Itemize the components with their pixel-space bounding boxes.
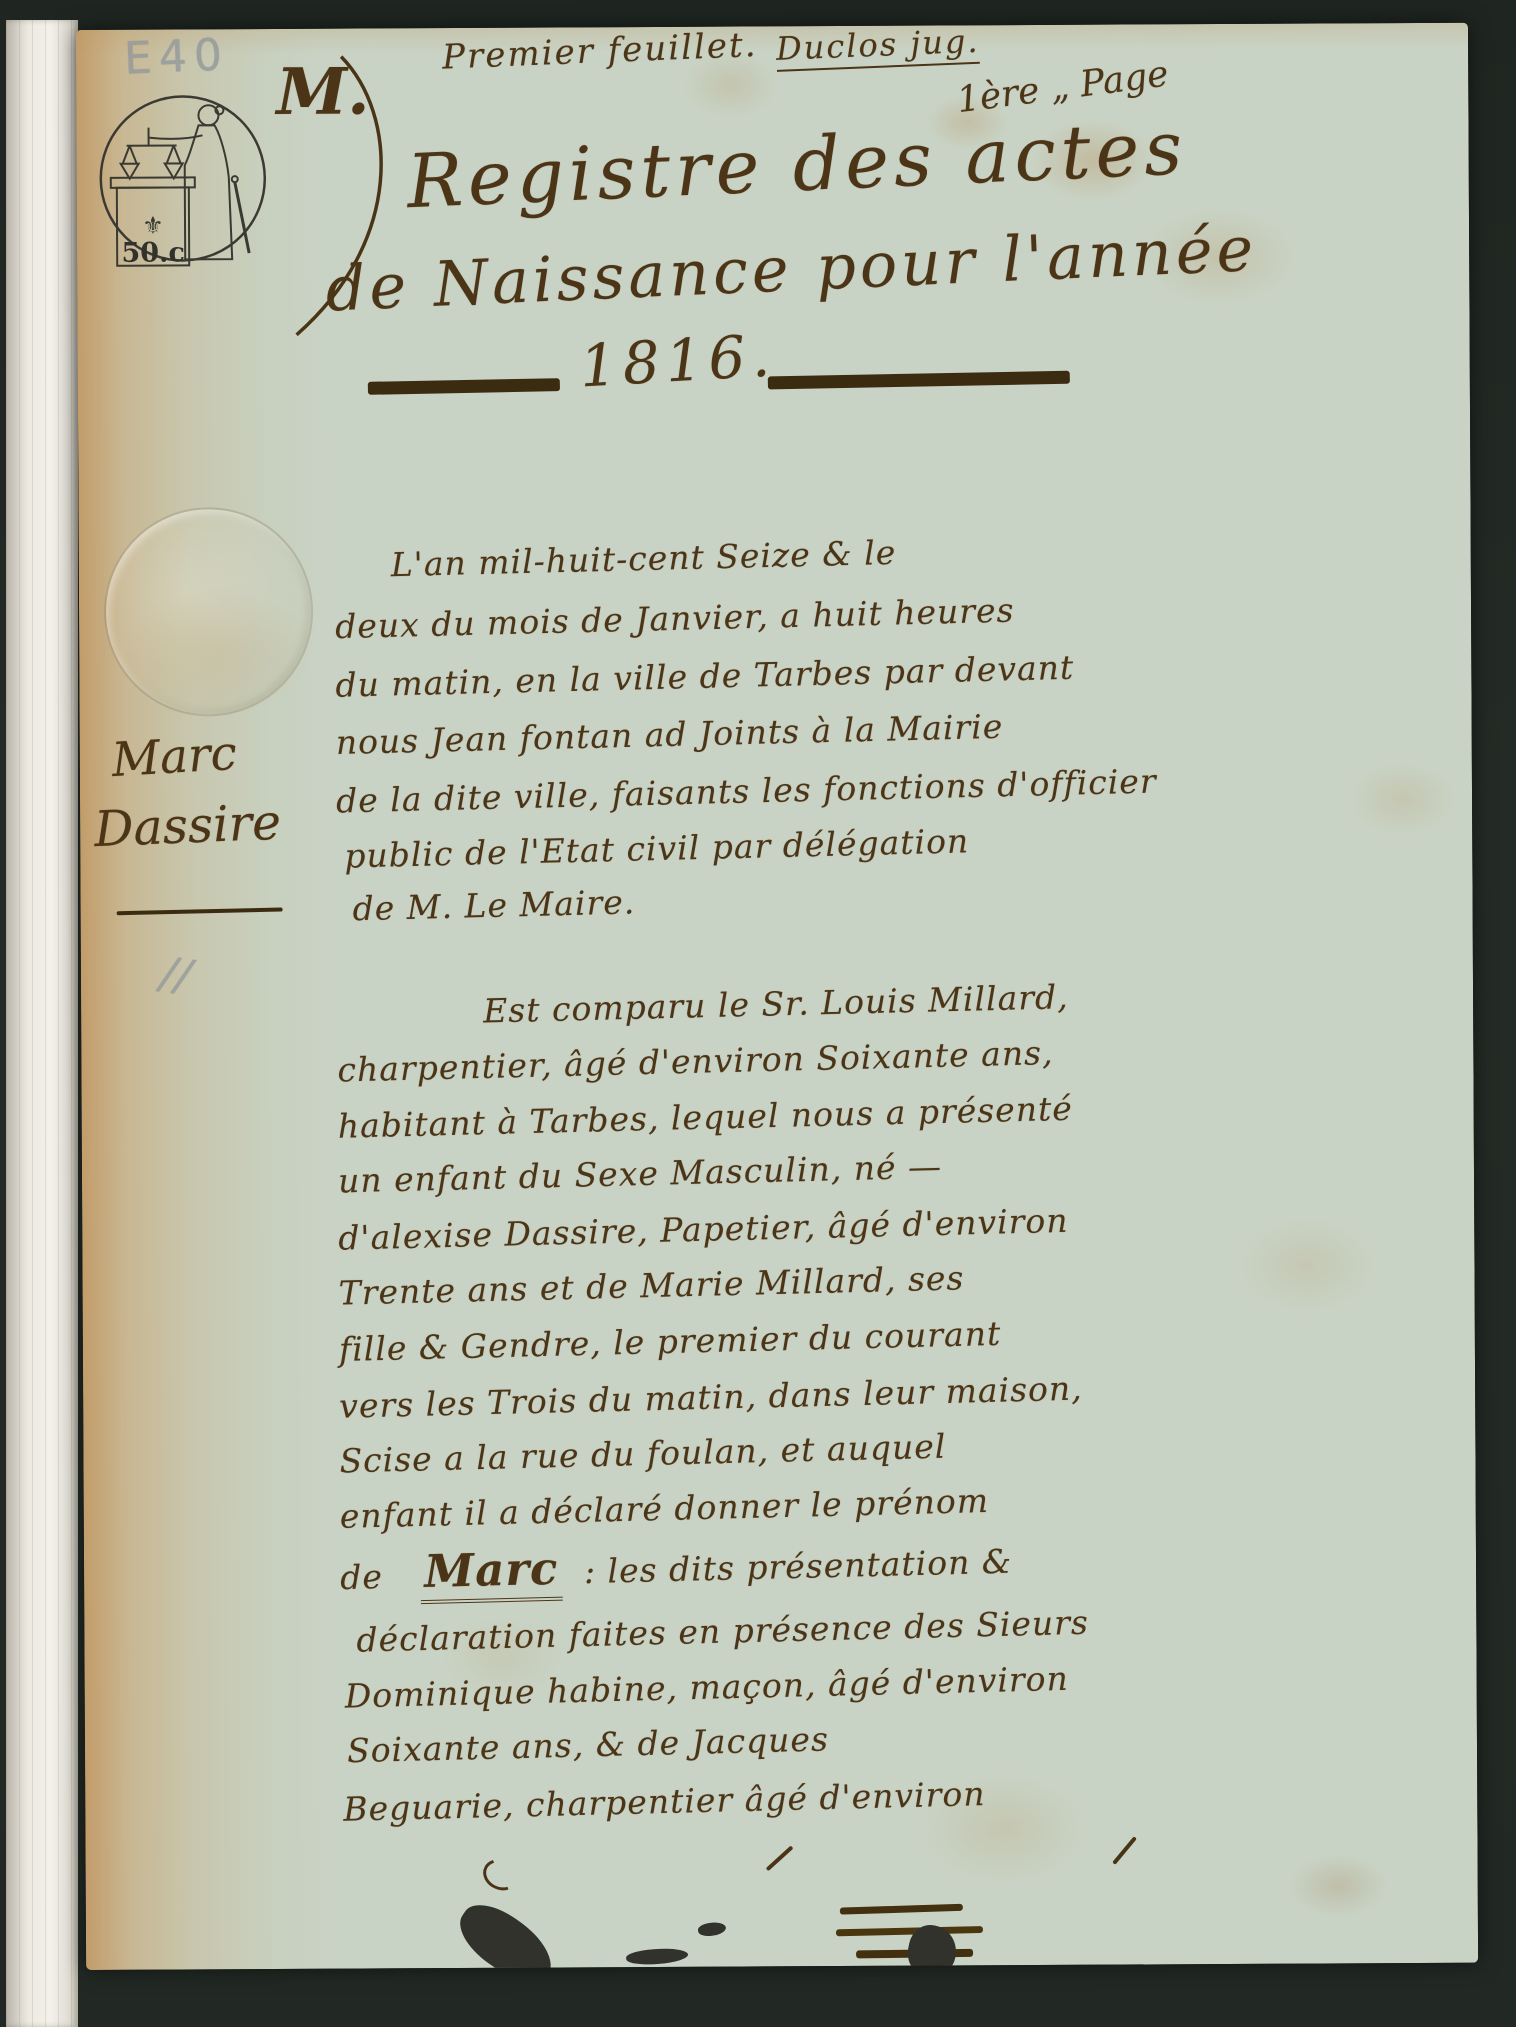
year-heading: 1816. bbox=[578, 321, 778, 400]
act-line: deux du mois de Janvier, a huit heures bbox=[335, 591, 1015, 647]
act-line: de la dite ville, faisants les fonctions… bbox=[336, 761, 1157, 820]
act-line: L'an mil-huit-cent Seize & le bbox=[390, 533, 896, 584]
ink-smudge bbox=[448, 1893, 563, 1970]
act-line: Dominique habine, maçon, âgé d'environ bbox=[344, 1659, 1069, 1716]
header-first-sheet-note: Premier feuillet. bbox=[441, 25, 758, 78]
ink-bar bbox=[836, 1926, 983, 1936]
act-line: charpentier, âgé d'environ Soixante ans, bbox=[337, 1033, 1054, 1089]
document-title-line1: Registre des actes bbox=[405, 105, 1189, 225]
act-line: un enfant du Sexe Masculin, né — bbox=[338, 1147, 943, 1201]
scan-background: E40 M. Premier feuillet. Duclos jug. 1èr… bbox=[0, 0, 1516, 2027]
margin-name-surname: Dassire bbox=[93, 794, 282, 858]
act-line: de M. Le Maire. bbox=[352, 882, 636, 928]
act-line: d'alexise Dassire, Papetier, âgé d'envir… bbox=[338, 1201, 1069, 1258]
ink-slash-mark bbox=[766, 1845, 794, 1871]
document-page: E40 M. Premier feuillet. Duclos jug. 1èr… bbox=[76, 23, 1478, 1970]
ink-smudge bbox=[626, 1947, 689, 1967]
fleur-de-lis-icon: ⚜ bbox=[142, 212, 164, 240]
ink-bar bbox=[840, 1904, 963, 1915]
pencil-check-mark: // bbox=[158, 948, 194, 1003]
ink-curl-mark bbox=[478, 1854, 523, 1896]
act-line: Scise a la rue du foulan, et auquel bbox=[339, 1427, 947, 1481]
child-name-underlined: Marc bbox=[420, 1542, 563, 1604]
act-line: Soixante ans, & de Jacques bbox=[347, 1719, 830, 1770]
header-judge-note: Duclos jug. bbox=[775, 23, 980, 72]
act-line: enfant il a déclaré donner le prénom bbox=[339, 1481, 989, 1536]
ink-smudge bbox=[697, 1921, 727, 1938]
ink-slash-mark bbox=[1112, 1836, 1137, 1865]
act-name-line: de Marc : les dits présentation & bbox=[340, 1531, 1013, 1600]
name-line-suffix: : les dits présentation & bbox=[583, 1542, 1012, 1591]
act-line: déclaration faites en présence des Sieur… bbox=[356, 1603, 1089, 1660]
act-line: Trente ans et de Marie Millard, ses bbox=[338, 1258, 965, 1312]
act-line: fille & Gendre, le premier du courant bbox=[338, 1314, 1001, 1369]
act-line: habitant à Tarbes, lequel nous a présent… bbox=[337, 1089, 1073, 1146]
act-line: public de l'Etat civil par délégation bbox=[344, 821, 970, 875]
act-line: Est comparu le Sr. Louis Millard, bbox=[483, 977, 1069, 1030]
act-line: Beguarie, charpentier âgé d'environ bbox=[343, 1774, 986, 1829]
title-rule-left bbox=[368, 378, 560, 395]
name-line-prefix: de bbox=[340, 1557, 384, 1597]
book-page-stack bbox=[6, 20, 78, 2027]
document-title-line2: de Naissance pour l'année bbox=[324, 212, 1258, 326]
stamp-denomination: 50.c bbox=[121, 237, 185, 268]
margin-name-given: Marc bbox=[110, 726, 238, 788]
pencil-archival-code: E40 bbox=[123, 29, 230, 84]
margin-rule bbox=[117, 907, 283, 915]
revenue-stamp-icon: ⚜ 50.c bbox=[96, 87, 267, 273]
embossed-seal-icon bbox=[104, 507, 314, 717]
act-line: vers les Trois du matin, dans leur maiso… bbox=[339, 1369, 1083, 1426]
act-line: du matin, en la ville de Tarbes par deva… bbox=[335, 648, 1075, 705]
title-rule-right bbox=[768, 371, 1070, 390]
act-line: nous Jean fontan ad Joints à la Mairie bbox=[335, 707, 1003, 762]
